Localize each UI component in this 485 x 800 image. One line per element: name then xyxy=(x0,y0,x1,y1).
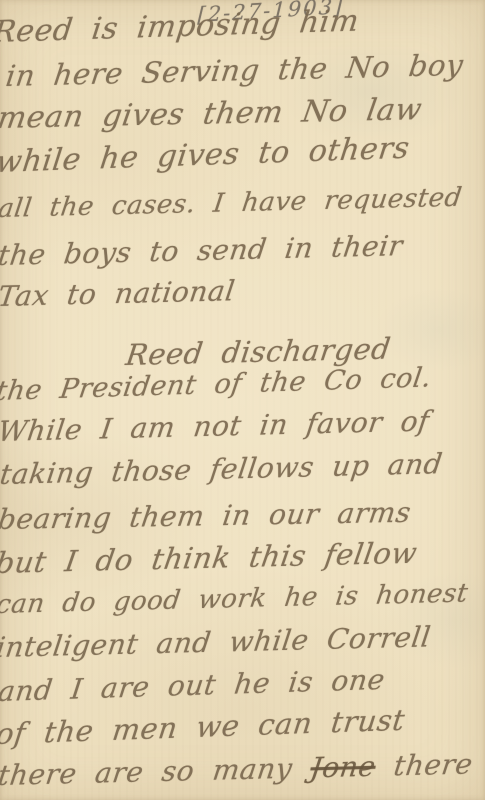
handwriting-line: there are so many Jone there xyxy=(0,750,474,790)
handwriting-line: and I are out he is one xyxy=(0,666,387,706)
handwriting-line: inteligent and while Correll xyxy=(0,623,432,662)
struck-out-word: Jone xyxy=(308,750,377,785)
handwriting-line: while he gives to others xyxy=(0,134,411,178)
handwriting-line: taking those fellows up and xyxy=(0,450,444,489)
handwriting-line: in here Serving the No boy xyxy=(4,51,465,91)
handwriting-line: Reed is imposing him xyxy=(0,7,361,48)
handwriting-line: all the cases. I have requested xyxy=(0,185,464,222)
handwriting-line: Tax to national xyxy=(0,277,237,311)
handwriting-segment: there xyxy=(373,747,474,782)
handwriting-line: of the men we can trust xyxy=(0,706,407,749)
handwriting-line: but I do think this fellow xyxy=(0,539,419,578)
handwriting-line: bearing them in our arms xyxy=(0,499,413,534)
handwriting-line: While I am not in favor of xyxy=(0,408,431,446)
handwriting-segment: there are so many xyxy=(0,751,313,792)
letter-page: [2-27-1903] Reed is imposing himin here … xyxy=(0,0,485,800)
handwriting-line: the boys to send in their xyxy=(0,232,404,270)
handwriting-line: the President of the Co col. xyxy=(0,364,433,405)
handwriting-line: mean gives them No law xyxy=(0,95,424,134)
handwriting-line: can do good work he is honest xyxy=(0,581,470,618)
